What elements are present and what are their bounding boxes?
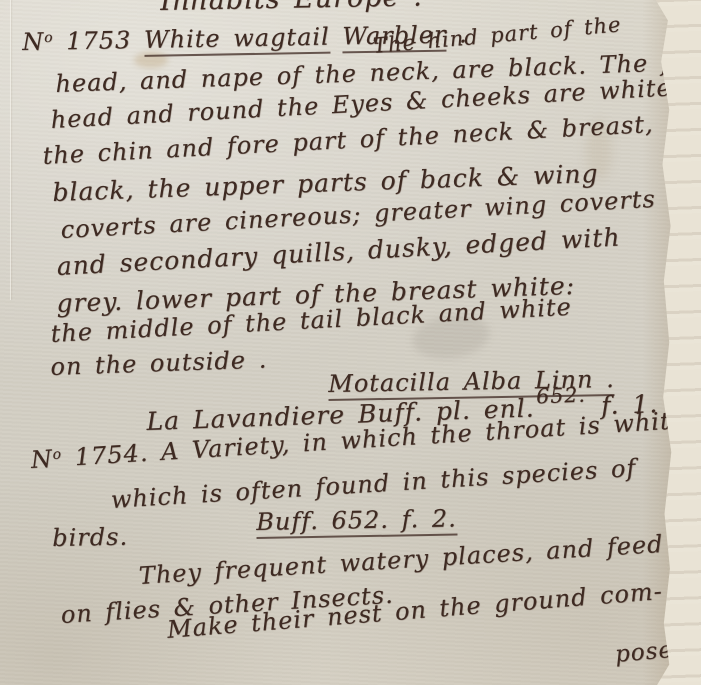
- manuscript-text: on the outside .: [50, 345, 268, 381]
- manuscript-text: Inhabits Europe .: [160, 0, 423, 17]
- manuscript-line: birds.: [52, 523, 128, 552]
- manuscript-line: Buff. 652. f. 2.: [256, 505, 457, 536]
- manuscript-text: Buff. 652. f. 2.: [256, 505, 457, 539]
- manuscript-text: 1753: [53, 26, 144, 56]
- manuscript-line: Make their nest on the ground com-: [166, 577, 664, 644]
- manuscript-page: Inhabits Europe .No 1753 White wagtail W…: [0, 0, 676, 685]
- manuscript-text: [329, 22, 342, 50]
- manuscript-text: Make their nest on the ground com-: [166, 577, 664, 644]
- manuscript-line: Inhabits Europe .: [160, 0, 423, 17]
- manuscript-text: They frequent watery places, and feed: [138, 530, 664, 590]
- manuscript-text: White wagtail: [144, 23, 330, 57]
- manuscript-text: birds.: [52, 523, 128, 552]
- manuscript-lines: Inhabits Europe .No 1753 White wagtail W…: [0, 0, 676, 685]
- manuscript-line: on the outside .: [50, 345, 268, 381]
- manuscript-text: N: [30, 445, 54, 474]
- manuscript-text: N: [22, 28, 44, 56]
- manuscript-text: 652.: [536, 383, 586, 409]
- manuscript-photo: Inhabits Europe .No 1753 White wagtail W…: [0, 0, 701, 685]
- manuscript-line: They frequent watery places, and feed: [138, 530, 664, 590]
